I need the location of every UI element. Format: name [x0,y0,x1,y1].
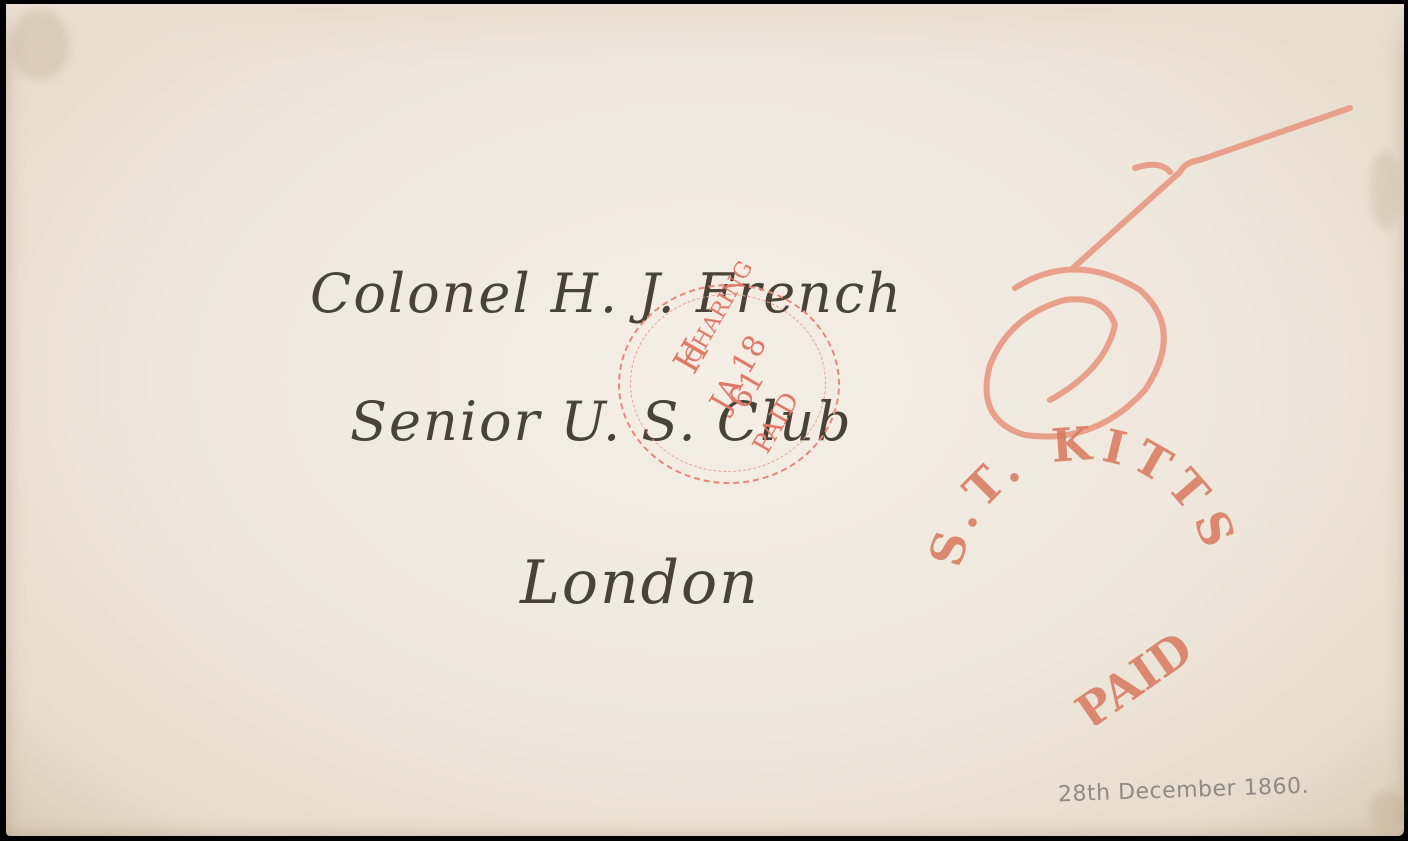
envelope-top-edge [6,4,1404,64]
stain [1370,790,1405,830]
address-line-name: Colonel H. J. French [310,262,903,325]
svg-text:S.T. KITTS: S.T. KITTS [920,416,1249,572]
stain [10,10,70,80]
svg-text:PAID: PAID [1066,621,1202,725]
address-line-city: London [520,548,760,618]
st-kitts-paid-crowned-circle: S.T. KITTS PAID [920,395,1250,725]
